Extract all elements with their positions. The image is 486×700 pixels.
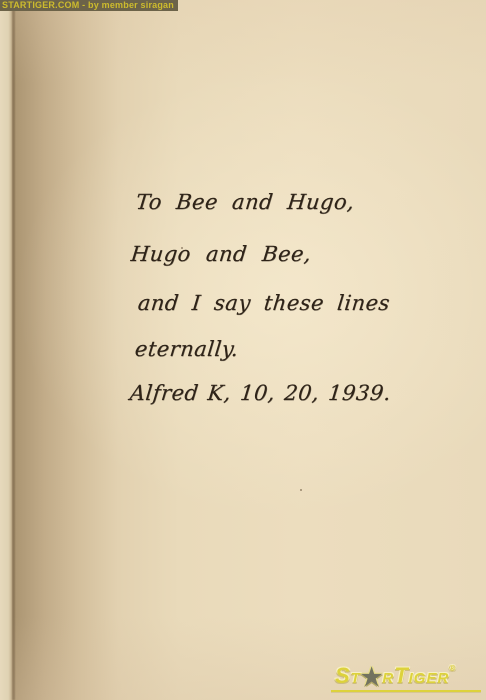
inscription-line-1: To Bee and Hugo, (135, 190, 356, 214)
registered-trademark-icon: ® (449, 664, 455, 673)
paper-speck (181, 247, 183, 249)
handwritten-inscription: To Bee and Hugo, Hugo and Bee, and I say… (0, 0, 486, 700)
book-page-photo: STARTIGER.COM - by member siragan To Bee… (0, 0, 486, 700)
logo-underline (331, 690, 481, 692)
startiger-logo: St★rTiger® (335, 663, 483, 695)
inscription-line-3: and I say these lines (137, 291, 391, 315)
inscription-line-4: eternally. (134, 337, 240, 361)
logo-text-start: St (335, 663, 361, 688)
paper-speck (300, 489, 302, 491)
star-icon: ★ (361, 664, 383, 691)
logo-text-end: rTiger (382, 663, 449, 688)
inscription-line-2: Hugo and Bee, (130, 242, 313, 266)
inscription-signature-line: Alfred K, 10, 20, 1939. (129, 381, 393, 405)
